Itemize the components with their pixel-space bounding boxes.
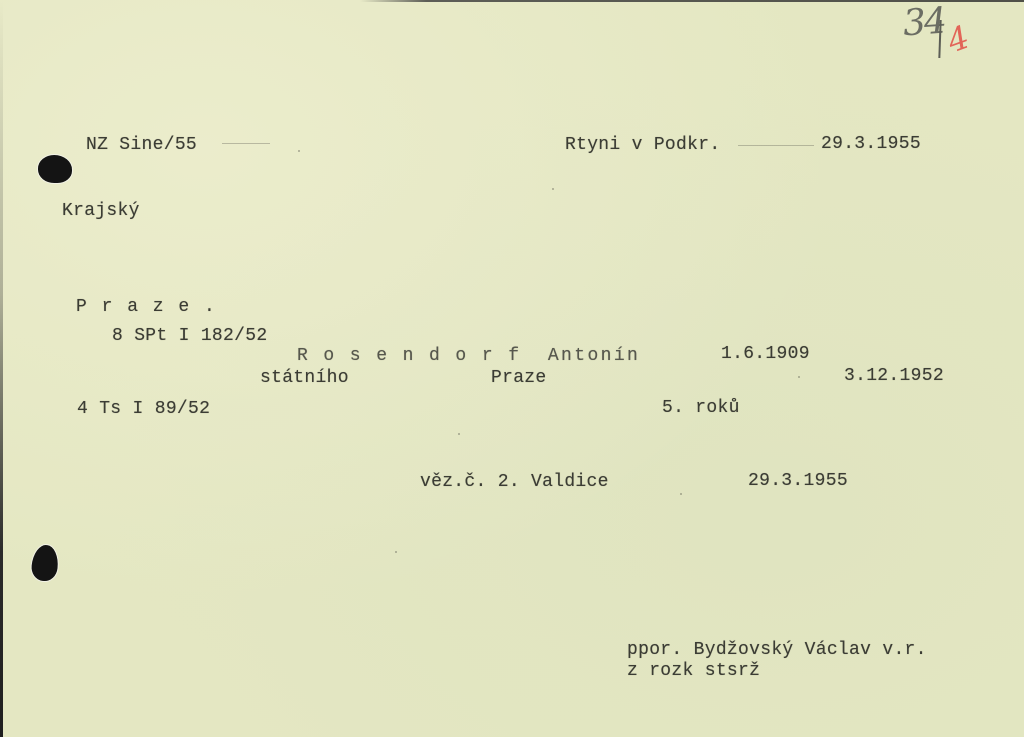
typing-smudge <box>222 143 270 144</box>
addressee-court: Krajský <box>62 201 140 221</box>
birth-date: 1.6.1909 <box>721 344 810 364</box>
paper-speck <box>395 551 397 553</box>
signature-authority: z rozk stsrž <box>627 661 760 681</box>
signature-name: ppor. Bydžovský Václav v.r. <box>627 640 927 660</box>
verdict-date: 3.12.1952 <box>844 366 944 386</box>
paper-speck <box>680 493 682 495</box>
sentence-length: 5. roků <box>662 398 740 418</box>
person-name: R o s e n d o r f Antonín <box>297 346 640 366</box>
typing-smudge <box>738 145 814 146</box>
scan-edge-left <box>0 0 3 737</box>
reference-number: NZ Sine/55 <box>86 135 197 155</box>
court-type: státního <box>260 368 349 388</box>
paper-speck <box>298 150 300 152</box>
paper-speck <box>798 376 800 378</box>
case-number-supreme: 4 Ts I 89/52 <box>77 399 210 419</box>
release-date: 29.3.1955 <box>748 471 848 491</box>
place-of-issue: Rtyni v Podkr. <box>565 135 720 155</box>
issue-date: 29.3.1955 <box>821 134 921 154</box>
addressee-city: P r a z e . <box>76 297 217 317</box>
punch-hole-top <box>38 155 72 183</box>
prison-name: věz.č. 2. Valdice <box>420 472 609 492</box>
court-city: Praze <box>491 368 547 388</box>
paper-speck <box>458 433 460 435</box>
paper-speck <box>552 188 554 190</box>
case-number-court: 8 SPt I 182/52 <box>112 326 267 346</box>
